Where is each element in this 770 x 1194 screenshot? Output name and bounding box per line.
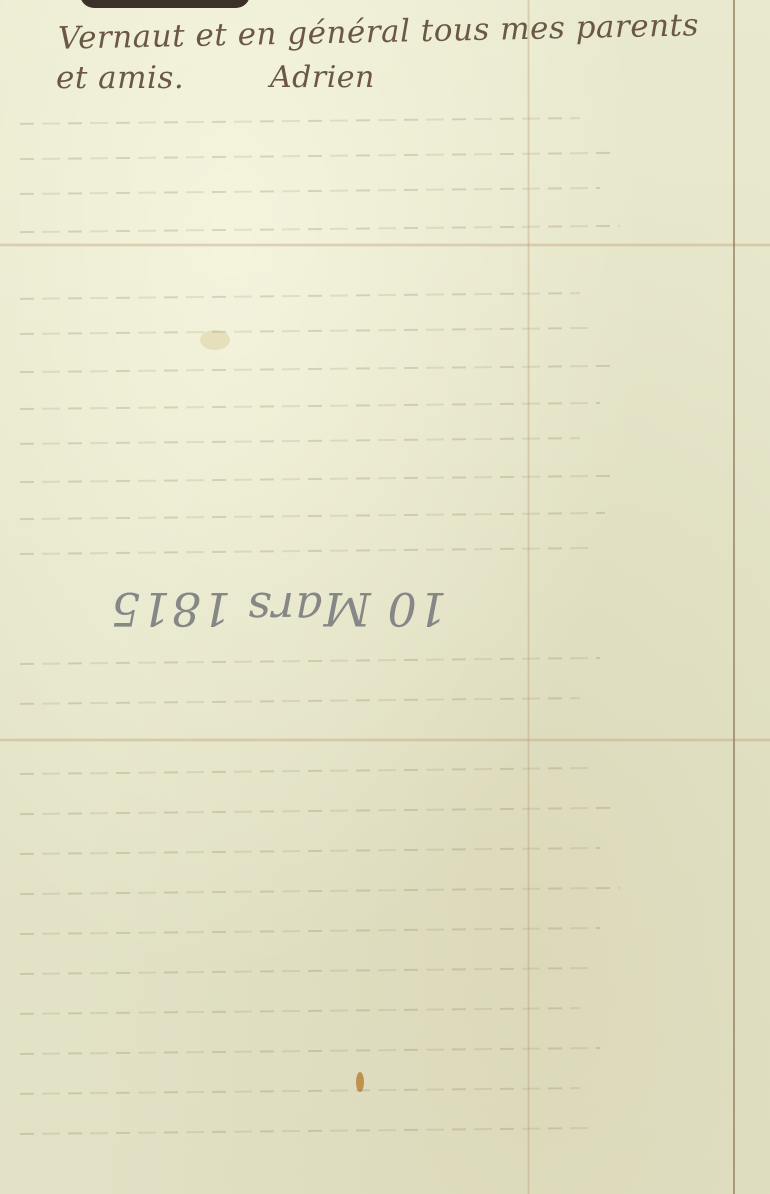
torn-dark-edge <box>80 0 250 8</box>
bleed-through-line <box>20 1047 600 1055</box>
bleed-through-line <box>20 807 610 815</box>
bleed-through-line <box>20 437 580 445</box>
bleed-through-line <box>20 967 590 975</box>
vertical-fold <box>527 0 530 1194</box>
stain <box>200 330 230 350</box>
bleed-through-line <box>20 365 610 373</box>
bleed-through-line <box>20 847 600 855</box>
bleed-through-line <box>20 657 600 665</box>
bleed-through-line <box>20 1127 590 1135</box>
signature: Adrien <box>270 60 375 95</box>
letter-page: Vernaut et en général tous mes parents e… <box>0 0 770 1194</box>
bleed-through-line <box>20 1007 580 1015</box>
bleed-through-line <box>20 402 600 410</box>
bleed-through-line <box>20 697 580 705</box>
bleed-through-line <box>20 547 590 555</box>
ink-line-2: et amis. <box>56 60 184 96</box>
bleed-through-line <box>20 475 610 483</box>
bleed-through-line <box>20 292 580 300</box>
bleed-through-line <box>20 512 605 520</box>
bleed-through-line <box>20 117 580 125</box>
horizontal-fold <box>0 243 770 247</box>
bleed-through-line <box>20 187 600 195</box>
page-edge-line <box>733 0 735 1194</box>
ink-line-1: Vernaut et en général tous mes parents <box>58 7 700 56</box>
pencil-date-annotation: 10 Mars 1815 <box>110 582 447 636</box>
bleed-through-line <box>20 327 590 335</box>
stain <box>356 1072 364 1092</box>
bleed-through-line <box>20 1087 580 1095</box>
bleed-through-line <box>20 927 600 935</box>
horizontal-fold <box>0 738 770 742</box>
bleed-through-line <box>20 767 590 775</box>
bleed-through-line <box>20 152 610 160</box>
